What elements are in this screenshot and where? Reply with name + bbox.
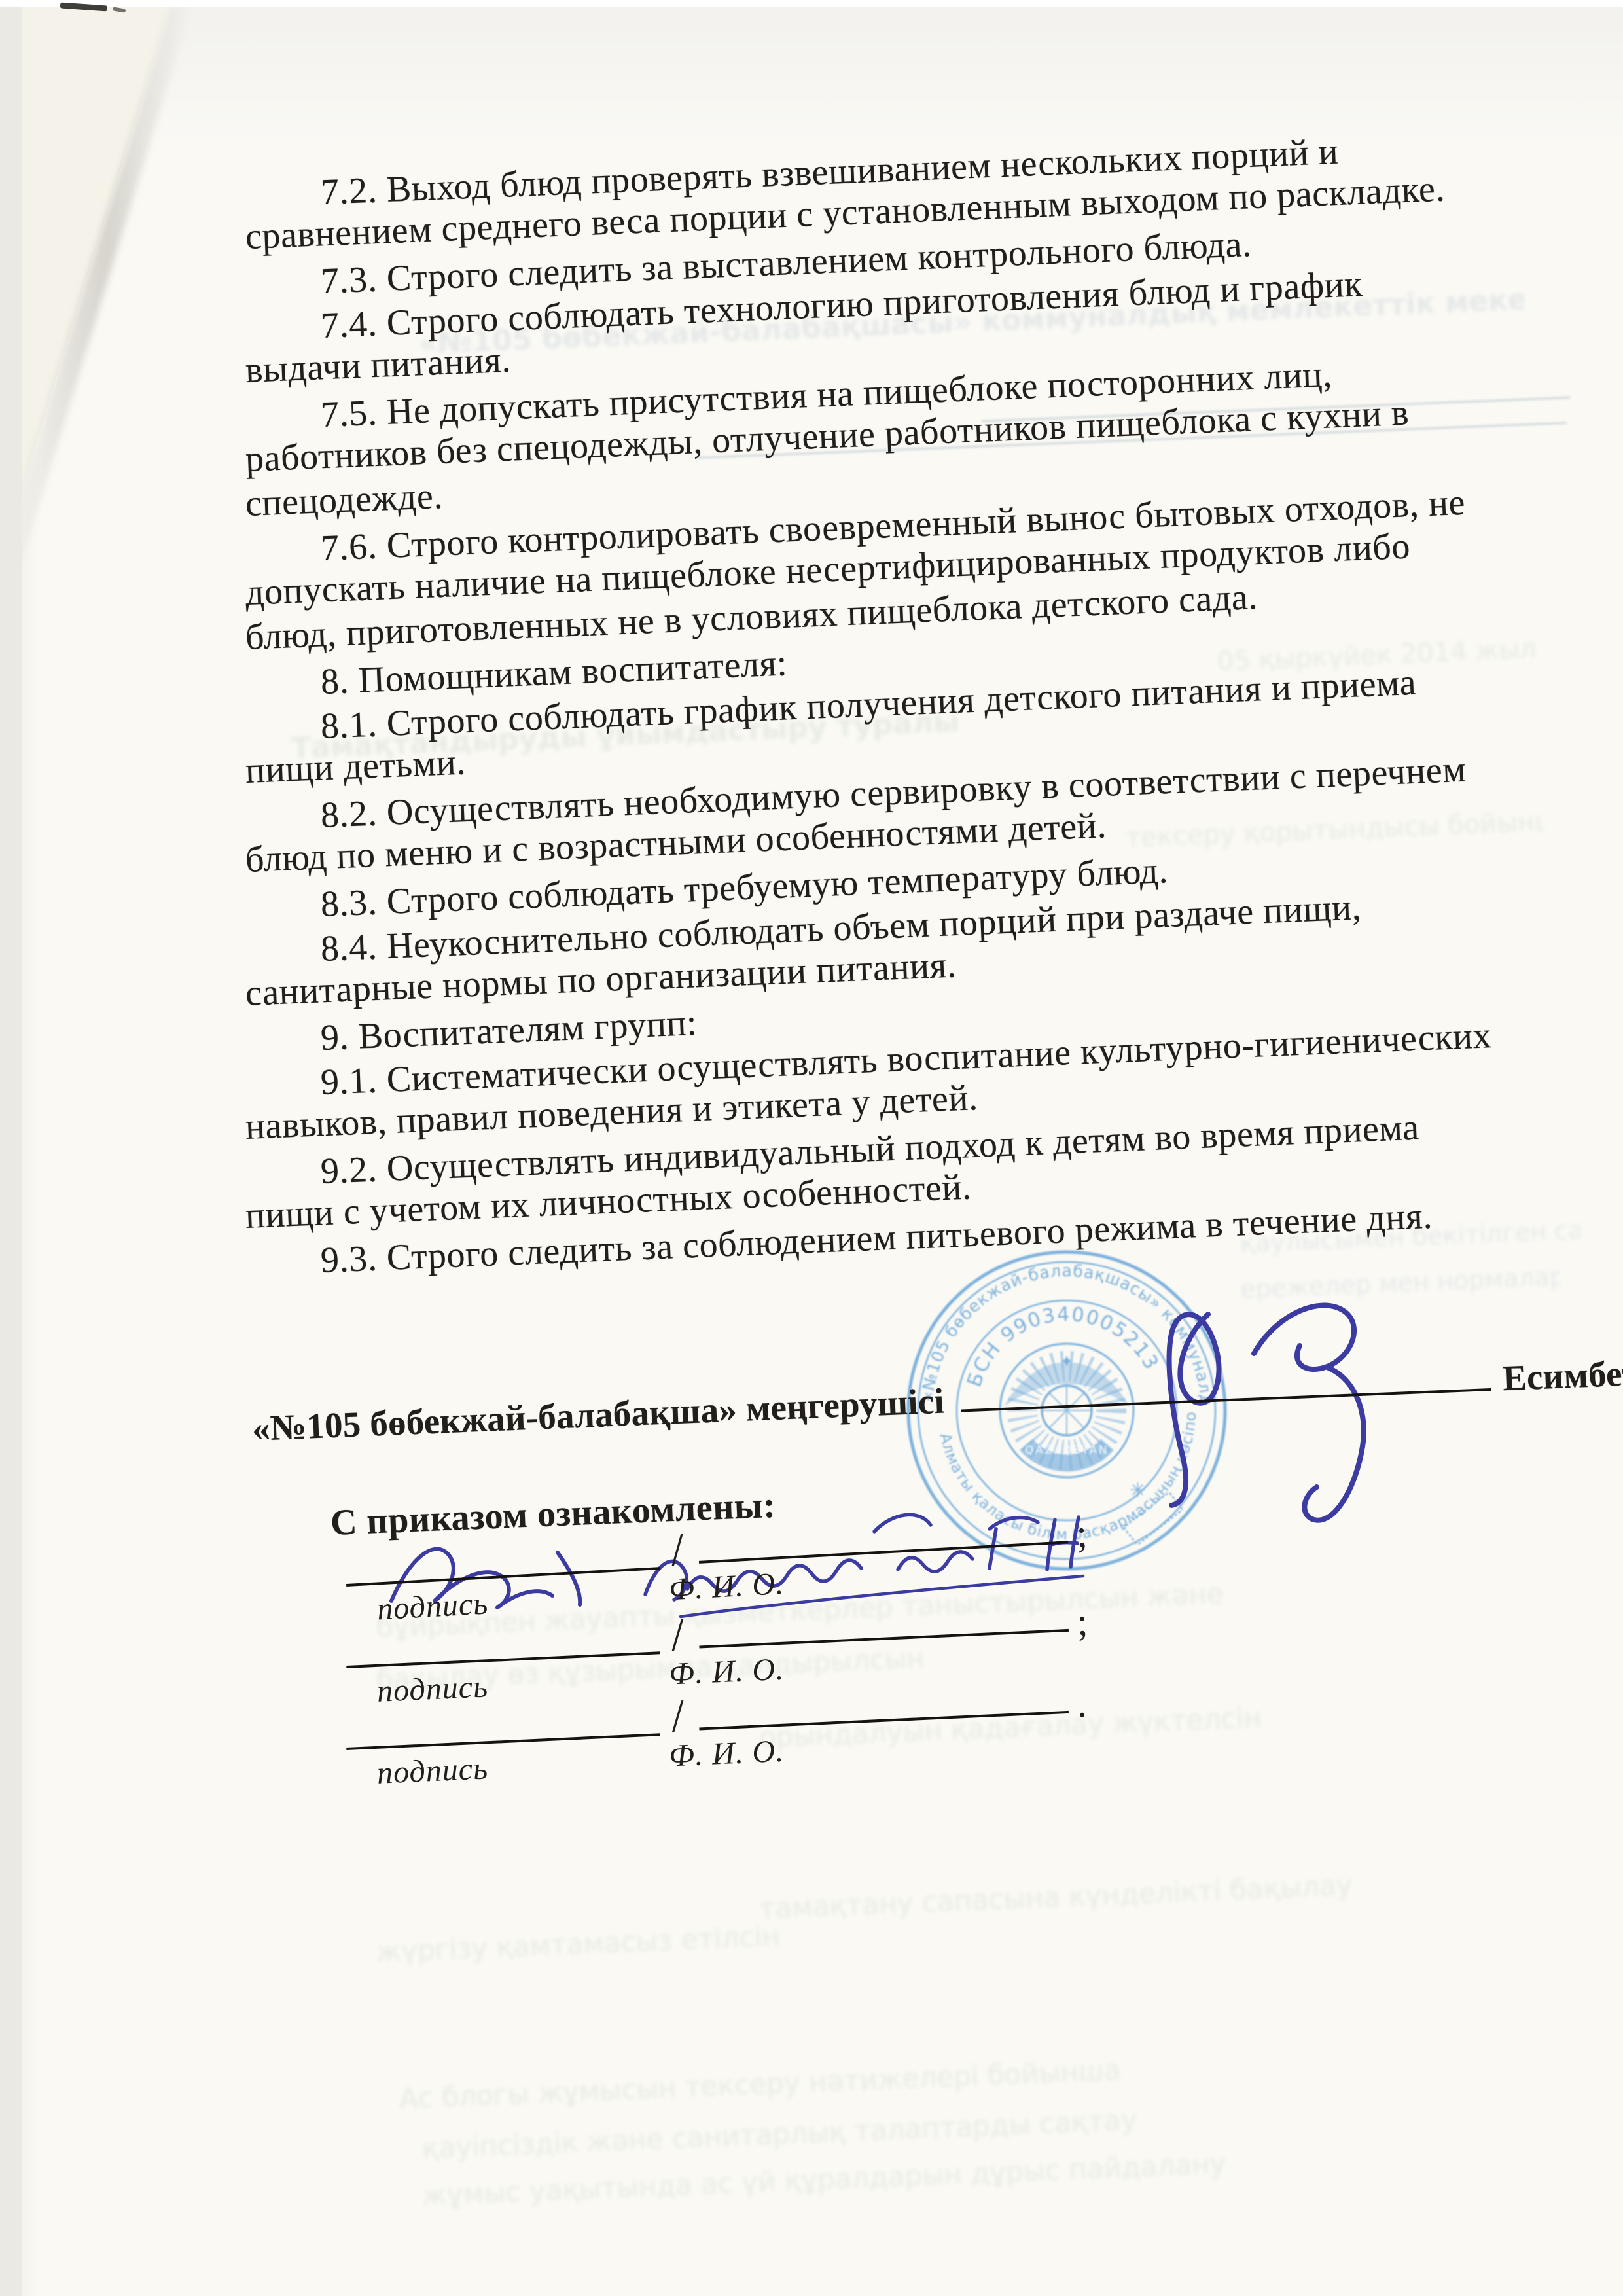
fio-line (699, 1629, 1069, 1649)
document-line: выдачи питания. (245, 339, 512, 391)
bleedthrough-text: жүргізу қамтамасыз етілсін (376, 1909, 1037, 1967)
emblem-banner-text: QAZAQSTAN (1025, 1444, 1109, 1457)
director-signature-ink (1169, 1306, 1364, 1520)
stamp-asterisk: ✳ (1130, 1480, 1146, 1501)
emblem-banner (1026, 1444, 1107, 1463)
scan-speck (113, 7, 126, 12)
bleedthrough-text: ережелер мен нормалар (1240, 1262, 1561, 1304)
scanned-page: «№105 бөбекжай-балабақшасы» коммуналдық … (0, 0, 1623, 2296)
separator-slash: / (669, 1522, 685, 1577)
bleedthrough-text: тексеру қорытындысы бойынша (1125, 806, 1544, 853)
separator-slash: / (670, 1689, 686, 1744)
director-signature-row: «№105 бөбекжай-балабақша» меңгерушісі Ес… (251, 1341, 1623, 1449)
page-corner-fold (4, 4, 171, 543)
signature-line (346, 1567, 660, 1587)
scan-speck (60, 2, 107, 11)
line-terminator: ; (1076, 1600, 1089, 1645)
fio-line (699, 1541, 1068, 1564)
signature-label: подпись (376, 1585, 490, 1627)
document-line: спецодежде. (245, 475, 444, 525)
line-terminator: . (1076, 1681, 1088, 1727)
director-title: «№105 бөбекжай-балабақша» меңгерушісі (251, 1380, 945, 1449)
scan-top-edge (0, 0, 1623, 7)
fio-line (699, 1711, 1069, 1731)
fio-label: Ф. И. О. (668, 1651, 785, 1693)
director-name: Есимбетова Г.А. (1502, 1347, 1623, 1399)
line-terminator: ; (1075, 1511, 1088, 1557)
signature-line (346, 1733, 660, 1750)
separator-slash: / (670, 1607, 686, 1662)
fio-label: Ф. И. О. (668, 1566, 785, 1607)
fold-shadow (4, 4, 191, 559)
fio-label: Ф. И. О. (668, 1733, 785, 1774)
scan-left-edge (0, 7, 22, 2296)
signature-label: подпись (376, 1750, 489, 1791)
director-signature-line (960, 1352, 1491, 1412)
document-line: пищи детьми. (245, 742, 467, 792)
signature-line (346, 1651, 660, 1668)
